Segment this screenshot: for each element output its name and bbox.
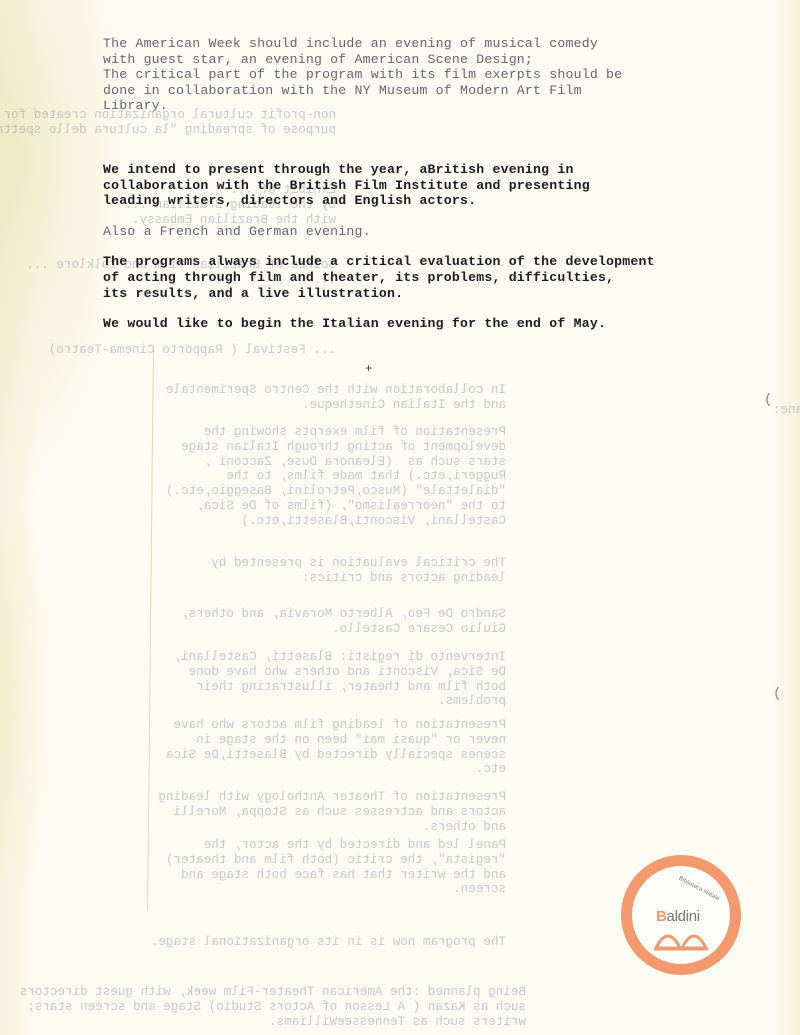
- bleed-block: Presentation of film exerpts showing the…: [166, 425, 506, 529]
- typed-paragraph: Also a French and German evening.: [103, 224, 763, 240]
- margin-mark: +: [365, 362, 372, 376]
- paper-fold-line: [147, 350, 154, 910]
- bleed-block: Presentation of leading film actors who …: [166, 718, 506, 777]
- typed-paragraph: We would like to begin the Italian eveni…: [103, 316, 763, 332]
- typed-paragraph: We intend to present through the year, a…: [103, 162, 763, 209]
- typed-text-body: The American Week should include an even…: [103, 36, 763, 347]
- stamp-name: Baldini: [656, 908, 700, 925]
- typed-paragraph: The American Week should include an even…: [103, 36, 763, 114]
- bleed-block: The program now is in its organizational…: [151, 935, 506, 950]
- library-stamp: Biblioteca statale Baldini: [621, 855, 741, 975]
- bleed-block: In collaboration with the Centro Sperime…: [166, 383, 506, 413]
- bleed-side-label: Serate Italiane:: [524, 388, 800, 432]
- book-icon: [653, 926, 709, 952]
- bleed-block: Sandro De Feo, Alberto Moravia, and othe…: [181, 607, 506, 637]
- bleed-block: Panel led and directed by the actor, the…: [166, 838, 506, 897]
- bleed-block: The critical evaluation is presented by …: [211, 556, 506, 586]
- document-page: non-profit cultural organization created…: [0, 0, 800, 1035]
- margin-mark: (: [764, 392, 772, 408]
- bleed-block: Presentation of Theater Anthology with l…: [158, 790, 506, 834]
- typed-paragraph: The programs always include a critical e…: [103, 254, 763, 301]
- bleed-block: Intervento di registi: Blasetti, Castell…: [173, 650, 506, 709]
- margin-mark: (: [773, 686, 781, 702]
- bleed-block: Being planned :the American Theater-Film…: [20, 985, 526, 1029]
- stamp-subtitle: Biblioteca statale: [677, 876, 720, 903]
